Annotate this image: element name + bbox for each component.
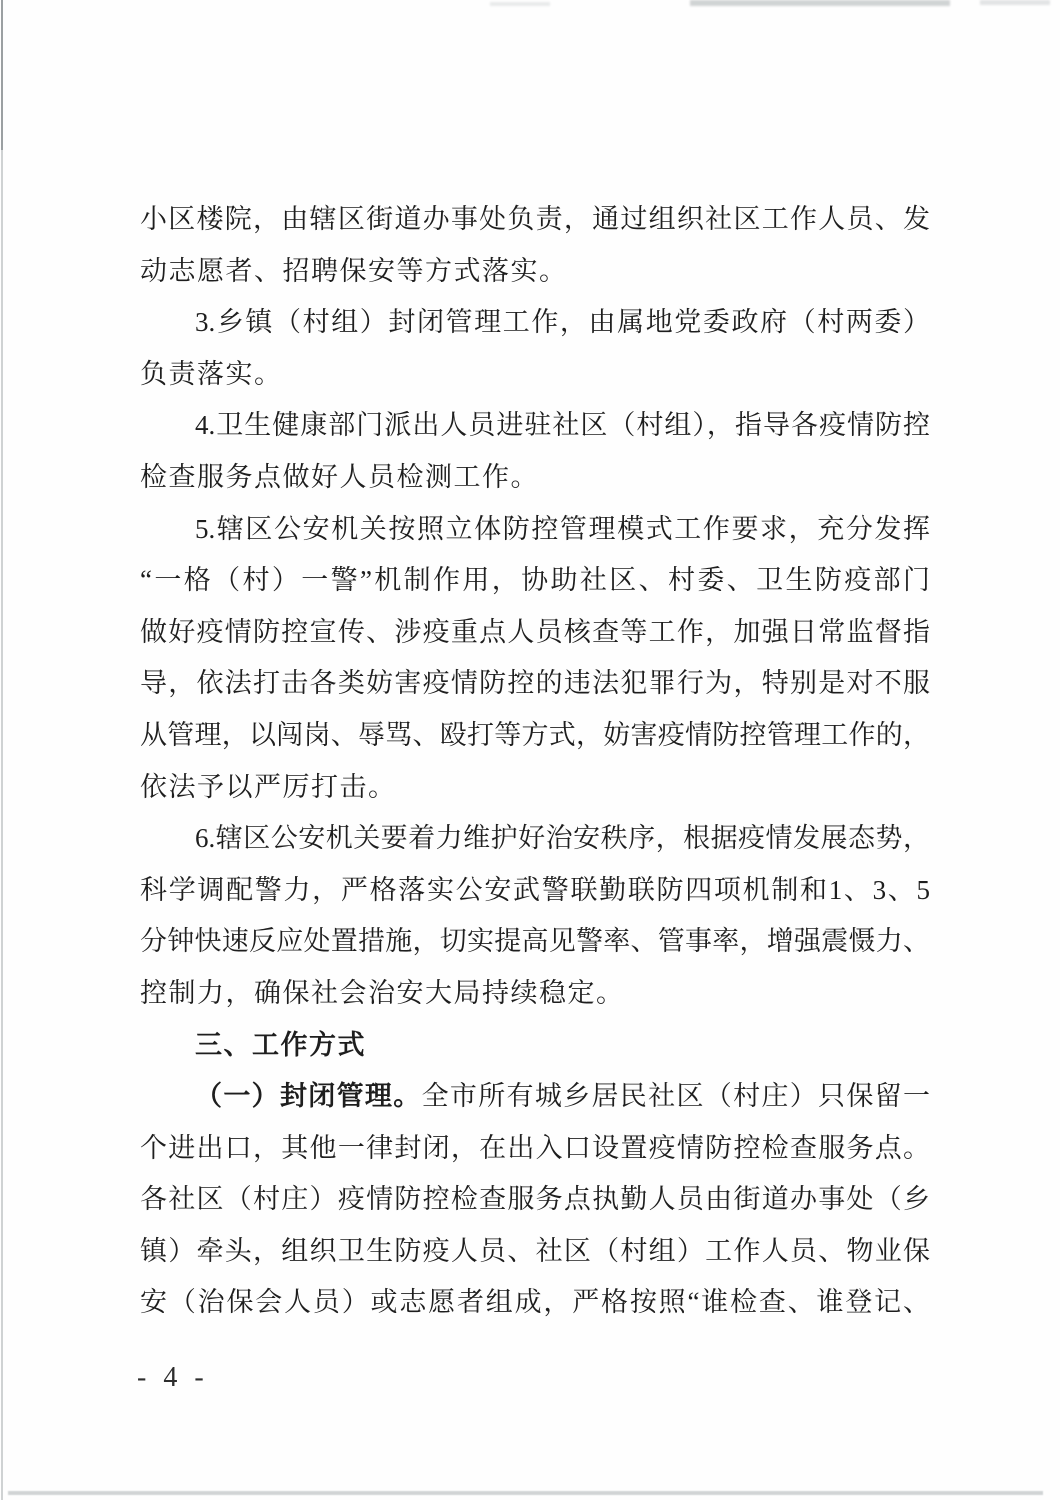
text-segment: （一）封闭管理。 [195, 1081, 422, 1111]
text-segment: 各社区（村庄）疫情防控检查服务点执勤人员由街道办事处（乡 [140, 1184, 930, 1214]
text-segment: 依法予以严厉打击。 [140, 772, 397, 802]
section-heading: 三、工作方式 [140, 1020, 930, 1072]
scan-edge-left-dark [1, 0, 3, 150]
text-line: 检查服务点做好人员检测工作。 [140, 452, 930, 504]
text-segment: 个进出口，其他一律封闭，在出入口设置疫情防控检查服务点。 [140, 1133, 930, 1163]
text-line: 依法予以严厉打击。 [140, 762, 930, 814]
text-segment: 动志愿者、招聘保安等方式落实。 [140, 256, 568, 286]
document-page: 小区楼院，由辖区街道办事处负责，通过组织社区工作人员、发动志愿者、招聘保安等方式… [0, 0, 1060, 1500]
document-body: 小区楼院，由辖区街道办事处负责，通过组织社区工作人员、发动志愿者、招聘保安等方式… [140, 194, 930, 1329]
text-line: 控制力，确保社会治安大局持续稳定。 [140, 968, 930, 1020]
scan-smudge-top [490, 2, 550, 6]
text-segment: 3.乡镇（村组）封闭管理工作，由属地党委政府（村两委） [195, 307, 930, 337]
text-segment: 控制力，确保社会治安大局持续稳定。 [140, 978, 625, 1008]
text-segment: 三、工作方式 [195, 1030, 366, 1060]
text-segment: 科学调配警力，严格落实公安武警联勤联防四项机制和1、3、5 [140, 875, 930, 905]
text-line: 6.辖区公安机关要着力维护好治安秩序，根据疫情发展态势， [140, 813, 930, 865]
text-segment: 5.辖区公安机关按照立体防控管理模式工作要求，充分发挥 [195, 514, 930, 544]
text-line: 动志愿者、招聘保安等方式落实。 [140, 246, 930, 298]
text-line: 科学调配警力，严格落实公安武警联勤联防四项机制和1、3、5 [140, 865, 930, 917]
text-segment: 负责落实。 [140, 359, 283, 389]
text-segment: “一格（村）一警”机制作用，协助社区、村委、卫生防疫部门 [140, 565, 930, 595]
text-line: 从管理，以闯岗、辱骂、殴打等方式，妨害疫情防控管理工作的， [140, 710, 930, 762]
text-line: 导，依法打击各类妨害疫情防控的违法犯罪行为，特别是对不服 [140, 658, 930, 710]
scan-smudge-bottom [8, 1491, 1043, 1495]
text-line: “一格（村）一警”机制作用，协助社区、村委、卫生防疫部门 [140, 555, 930, 607]
text-segment: 分钟快速反应处置措施，切实提高见警率、管事率，增强震慑力、 [140, 926, 930, 956]
text-line: 小区楼院，由辖区街道办事处负责，通过组织社区工作人员、发 [140, 194, 930, 246]
text-segment: 镇）牵头，组织卫生防疫人员、社区（村组）工作人员、物业保 [140, 1236, 930, 1266]
scan-edge-left [1, 0, 3, 1500]
text-line: 负责落实。 [140, 349, 930, 401]
text-segment: 4.卫生健康部门派出人员进驻社区（村组），指导各疫情防控 [195, 410, 930, 440]
text-segment: 6.辖区公安机关要着力维护好治安秩序，根据疫情发展态势， [195, 823, 930, 853]
text-segment: 小区楼院，由辖区街道办事处负责，通过组织社区工作人员、发 [140, 204, 930, 234]
text-segment: 全市所有城乡居民社区（村庄）只保留一 [422, 1081, 930, 1111]
text-line: 5.辖区公安机关按照立体防控管理模式工作要求，充分发挥 [140, 504, 930, 556]
text-line: 3.乡镇（村组）封闭管理工作，由属地党委政府（村两委） [140, 297, 930, 349]
text-segment: 导，依法打击各类妨害疫情防控的违法犯罪行为，特别是对不服 [140, 668, 930, 698]
text-line: 安（治保会人员）或志愿者组成，严格按照“谁检查、谁登记、 [140, 1277, 930, 1329]
scan-smudge-top [690, 0, 950, 6]
text-line: 分钟快速反应处置措施，切实提高见警率、管事率，增强震慑力、 [140, 916, 930, 968]
text-segment: 从管理，以闯岗、辱骂、殴打等方式，妨害疫情防控管理工作的， [140, 720, 930, 750]
page-number: - 4 - [137, 1362, 209, 1394]
text-line: 各社区（村庄）疫情防控检查服务点执勤人员由街道办事处（乡 [140, 1174, 930, 1226]
scan-smudge-top [980, 0, 1050, 5]
text-line: 镇）牵头，组织卫生防疫人员、社区（村组）工作人员、物业保 [140, 1226, 930, 1278]
text-line: （一）封闭管理。全市所有城乡居民社区（村庄）只保留一 [140, 1071, 930, 1123]
text-line: 做好疫情防控宣传、涉疫重点人员核查等工作，加强日常监督指 [140, 607, 930, 659]
text-segment: 安（治保会人员）或志愿者组成，严格按照“谁检查、谁登记、 [140, 1287, 930, 1317]
text-segment: 做好疫情防控宣传、涉疫重点人员核查等工作，加强日常监督指 [140, 617, 930, 647]
text-segment: 检查服务点做好人员检测工作。 [140, 462, 539, 492]
text-line: 个进出口，其他一律封闭，在出入口设置疫情防控检查服务点。 [140, 1123, 930, 1175]
text-line: 4.卫生健康部门派出人员进驻社区（村组），指导各疫情防控 [140, 400, 930, 452]
